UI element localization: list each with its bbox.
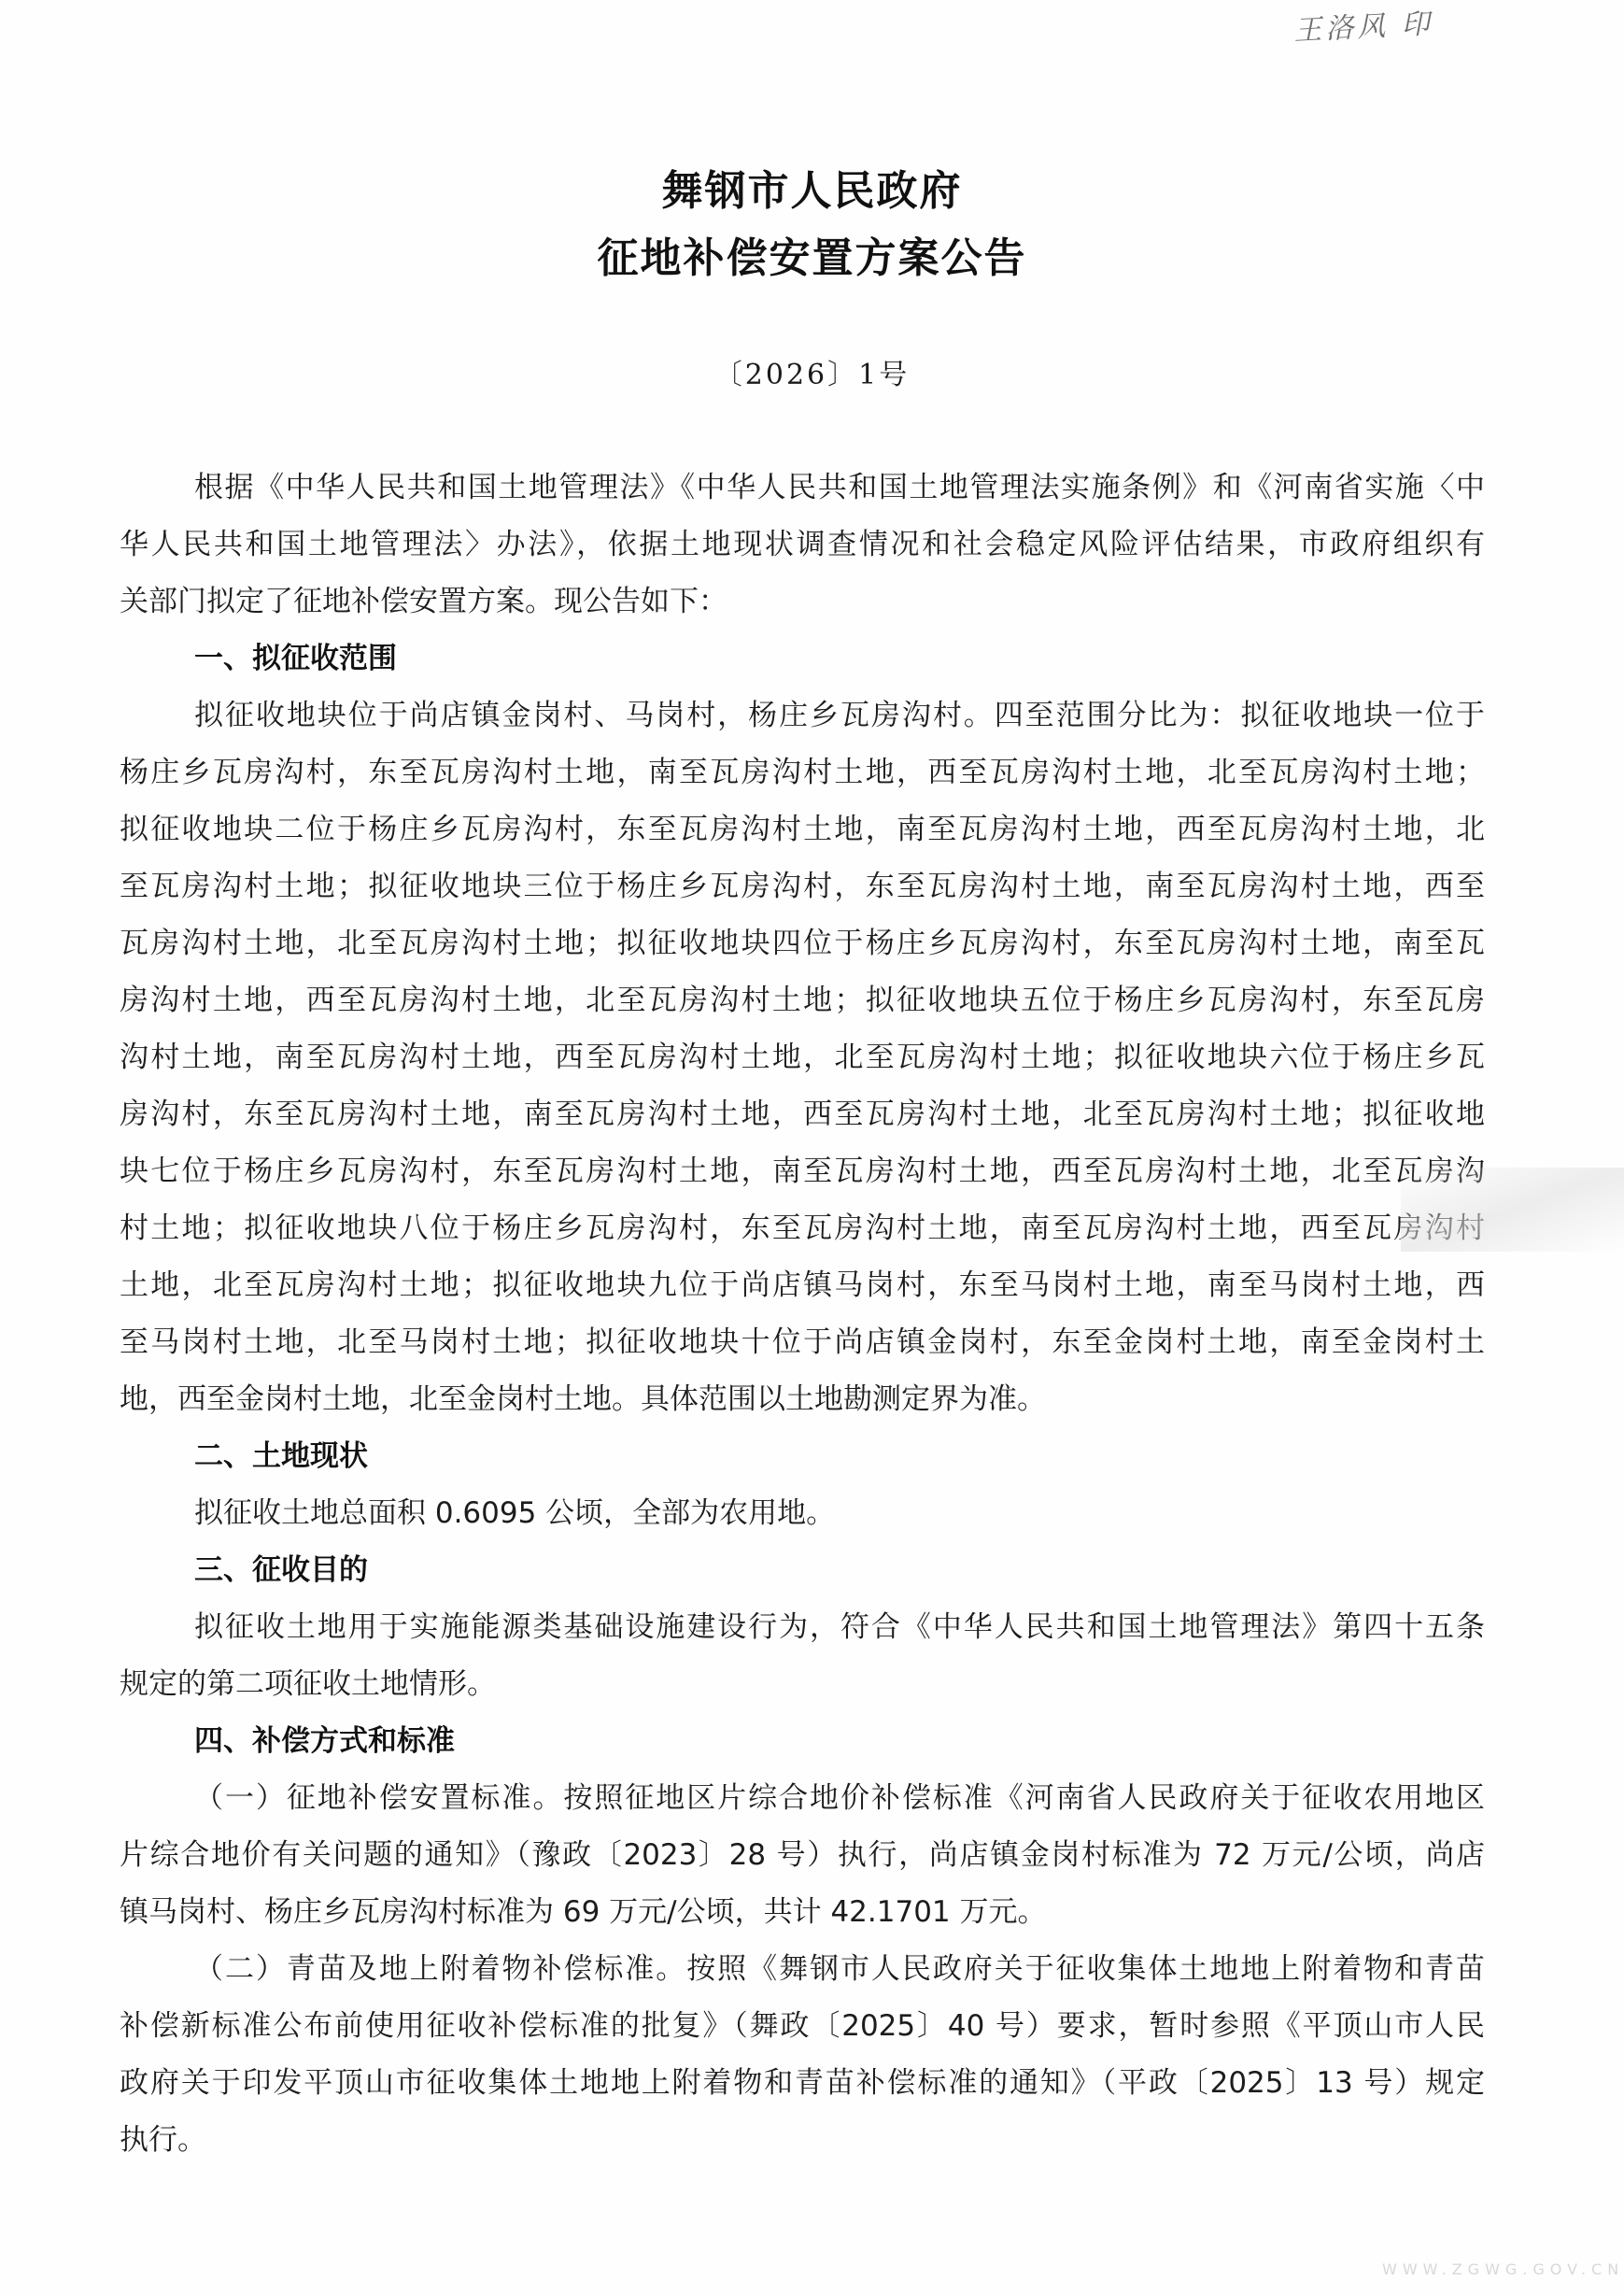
compensation-line: （一）征地补偿安置标准。按照征地区片综合地价补偿标准《河南省人民政府关于征收农用… (194, 1778, 1485, 1819)
scope-line: 房沟村土地，西至瓦房沟村土地，北至瓦房沟村土地；拟征收地块五位于杨庄乡瓦房沟村，… (120, 980, 1485, 1021)
scope-line: 拟征收地块二位于杨庄乡瓦房沟村，东至瓦房沟村土地，南至瓦房沟村土地，西至瓦房沟村… (120, 809, 1485, 850)
preamble-line: 根据《中华人民共和国土地管理法》《中华人民共和国土地管理法实施条例》和《河南省实… (194, 467, 1485, 508)
preamble-line: 关部门拟定了征地补偿安置方案。现公告如下： (120, 581, 1485, 622)
scope-line: 拟征收地块位于尚店镇金岗村、马岗村，杨庄乡瓦房沟村。四至范围分比为：拟征收地块一… (194, 695, 1485, 736)
section-heading-compensation: 四、补偿方式和标准 (194, 1721, 455, 1762)
scope-line: 瓦房沟村土地，北至瓦房沟村土地；拟征收地块四位于杨庄乡瓦房沟村，东至瓦房沟村土地… (120, 923, 1485, 964)
scope-line: 沟村土地，南至瓦房沟村土地，西至瓦房沟村土地，北至瓦房沟村土地；拟征收地块六位于… (120, 1037, 1485, 1078)
compensation-line: 片综合地价有关问题的通知》（豫政〔2023〕28 号）执行，尚店镇金岗村标准为 … (120, 1835, 1485, 1876)
scan-smudge (1401, 1168, 1624, 1252)
scope-line: 块七位于杨庄乡瓦房沟村，东至瓦房沟村土地，南至瓦房沟村土地，西至瓦房沟村土地，北… (120, 1151, 1485, 1192)
scope-line: 杨庄乡瓦房沟村，东至瓦房沟村土地，南至瓦房沟村土地，西至瓦房沟村土地，北至瓦房沟… (120, 752, 1485, 793)
site-watermark: WWW.ZGWG.GOV.CN (1382, 2260, 1624, 2278)
compensation-line: 政府关于印发平顶山市征收集体土地地上附着物和青苗补偿标准的通知》（平政〔2025… (120, 2062, 1485, 2104)
scope-line: 地，西至金岗村土地，北至金岗村土地。具体范围以土地勘测定界为准。 (120, 1379, 1485, 1420)
preamble-line: 华人民共和国土地管理法〉办法》，依据土地现状调查情况和社会稳定风险评估结果，市政… (120, 524, 1485, 565)
compensation-line: （二）青苗及地上附着物补偿标准。按照《舞钢市人民政府关于征收集体土地地上附着物和… (194, 1948, 1485, 1990)
compensation-line: 补偿新标准公布前使用征收补偿标准的批复》（舞政〔2025〕40 号）要求，暂时参… (120, 2005, 1485, 2047)
scope-line: 村土地；拟征收地块八位于杨庄乡瓦房沟村，东至瓦房沟村土地，南至瓦房沟村土地，西至… (120, 1208, 1485, 1249)
compensation-line: 执行。 (120, 2119, 1485, 2160)
notice-title: 征地补偿安置方案公告 (0, 224, 1624, 284)
purpose-line: 规定的第二项征收土地情形。 (120, 1664, 1485, 1705)
scope-line: 土地，北至瓦房沟村土地；拟征收地块九位于尚店镇马岗村，东至马岗村土地，南至马岗村… (120, 1265, 1485, 1306)
land-status-line: 拟征收土地总面积 0.6095 公顷，全部为农用地。 (194, 1493, 1485, 1534)
scope-line: 至马岗村土地，北至马岗村土地；拟征收地块十位于尚店镇金岗村，东至金岗村土地，南至… (120, 1322, 1485, 1363)
document-number: 〔2026〕1号 (0, 351, 1624, 392)
scope-line: 房沟村，东至瓦房沟村土地，南至瓦房沟村土地，西至瓦房沟村土地，北至瓦房沟村土地；… (120, 1094, 1485, 1135)
section-heading-scope: 一、拟征收范围 (194, 638, 397, 679)
issuer-title: 舞钢市人民政府 (0, 157, 1624, 217)
document-page: 王洛风 印 舞钢市人民政府 征地补偿安置方案公告 〔2026〕1号 根据《中华人… (0, 0, 1624, 2295)
compensation-line: 镇马岗村、杨庄乡瓦房沟村标准为 69 万元/公顷，共计 42.1701 万元。 (120, 1891, 1485, 1933)
scope-line: 至瓦房沟村土地；拟征收地块三位于杨庄乡瓦房沟村，东至瓦房沟村土地，南至瓦房沟村土… (120, 866, 1485, 907)
purpose-line: 拟征收土地用于实施能源类基础设施建设行为，符合《中华人民共和国土地管理法》第四十… (194, 1607, 1485, 1648)
section-heading-land-status: 二、土地现状 (194, 1436, 368, 1477)
section-heading-purpose: 三、征收目的 (194, 1550, 368, 1591)
handwritten-annotation: 王洛风 印 (1292, 0, 1434, 49)
